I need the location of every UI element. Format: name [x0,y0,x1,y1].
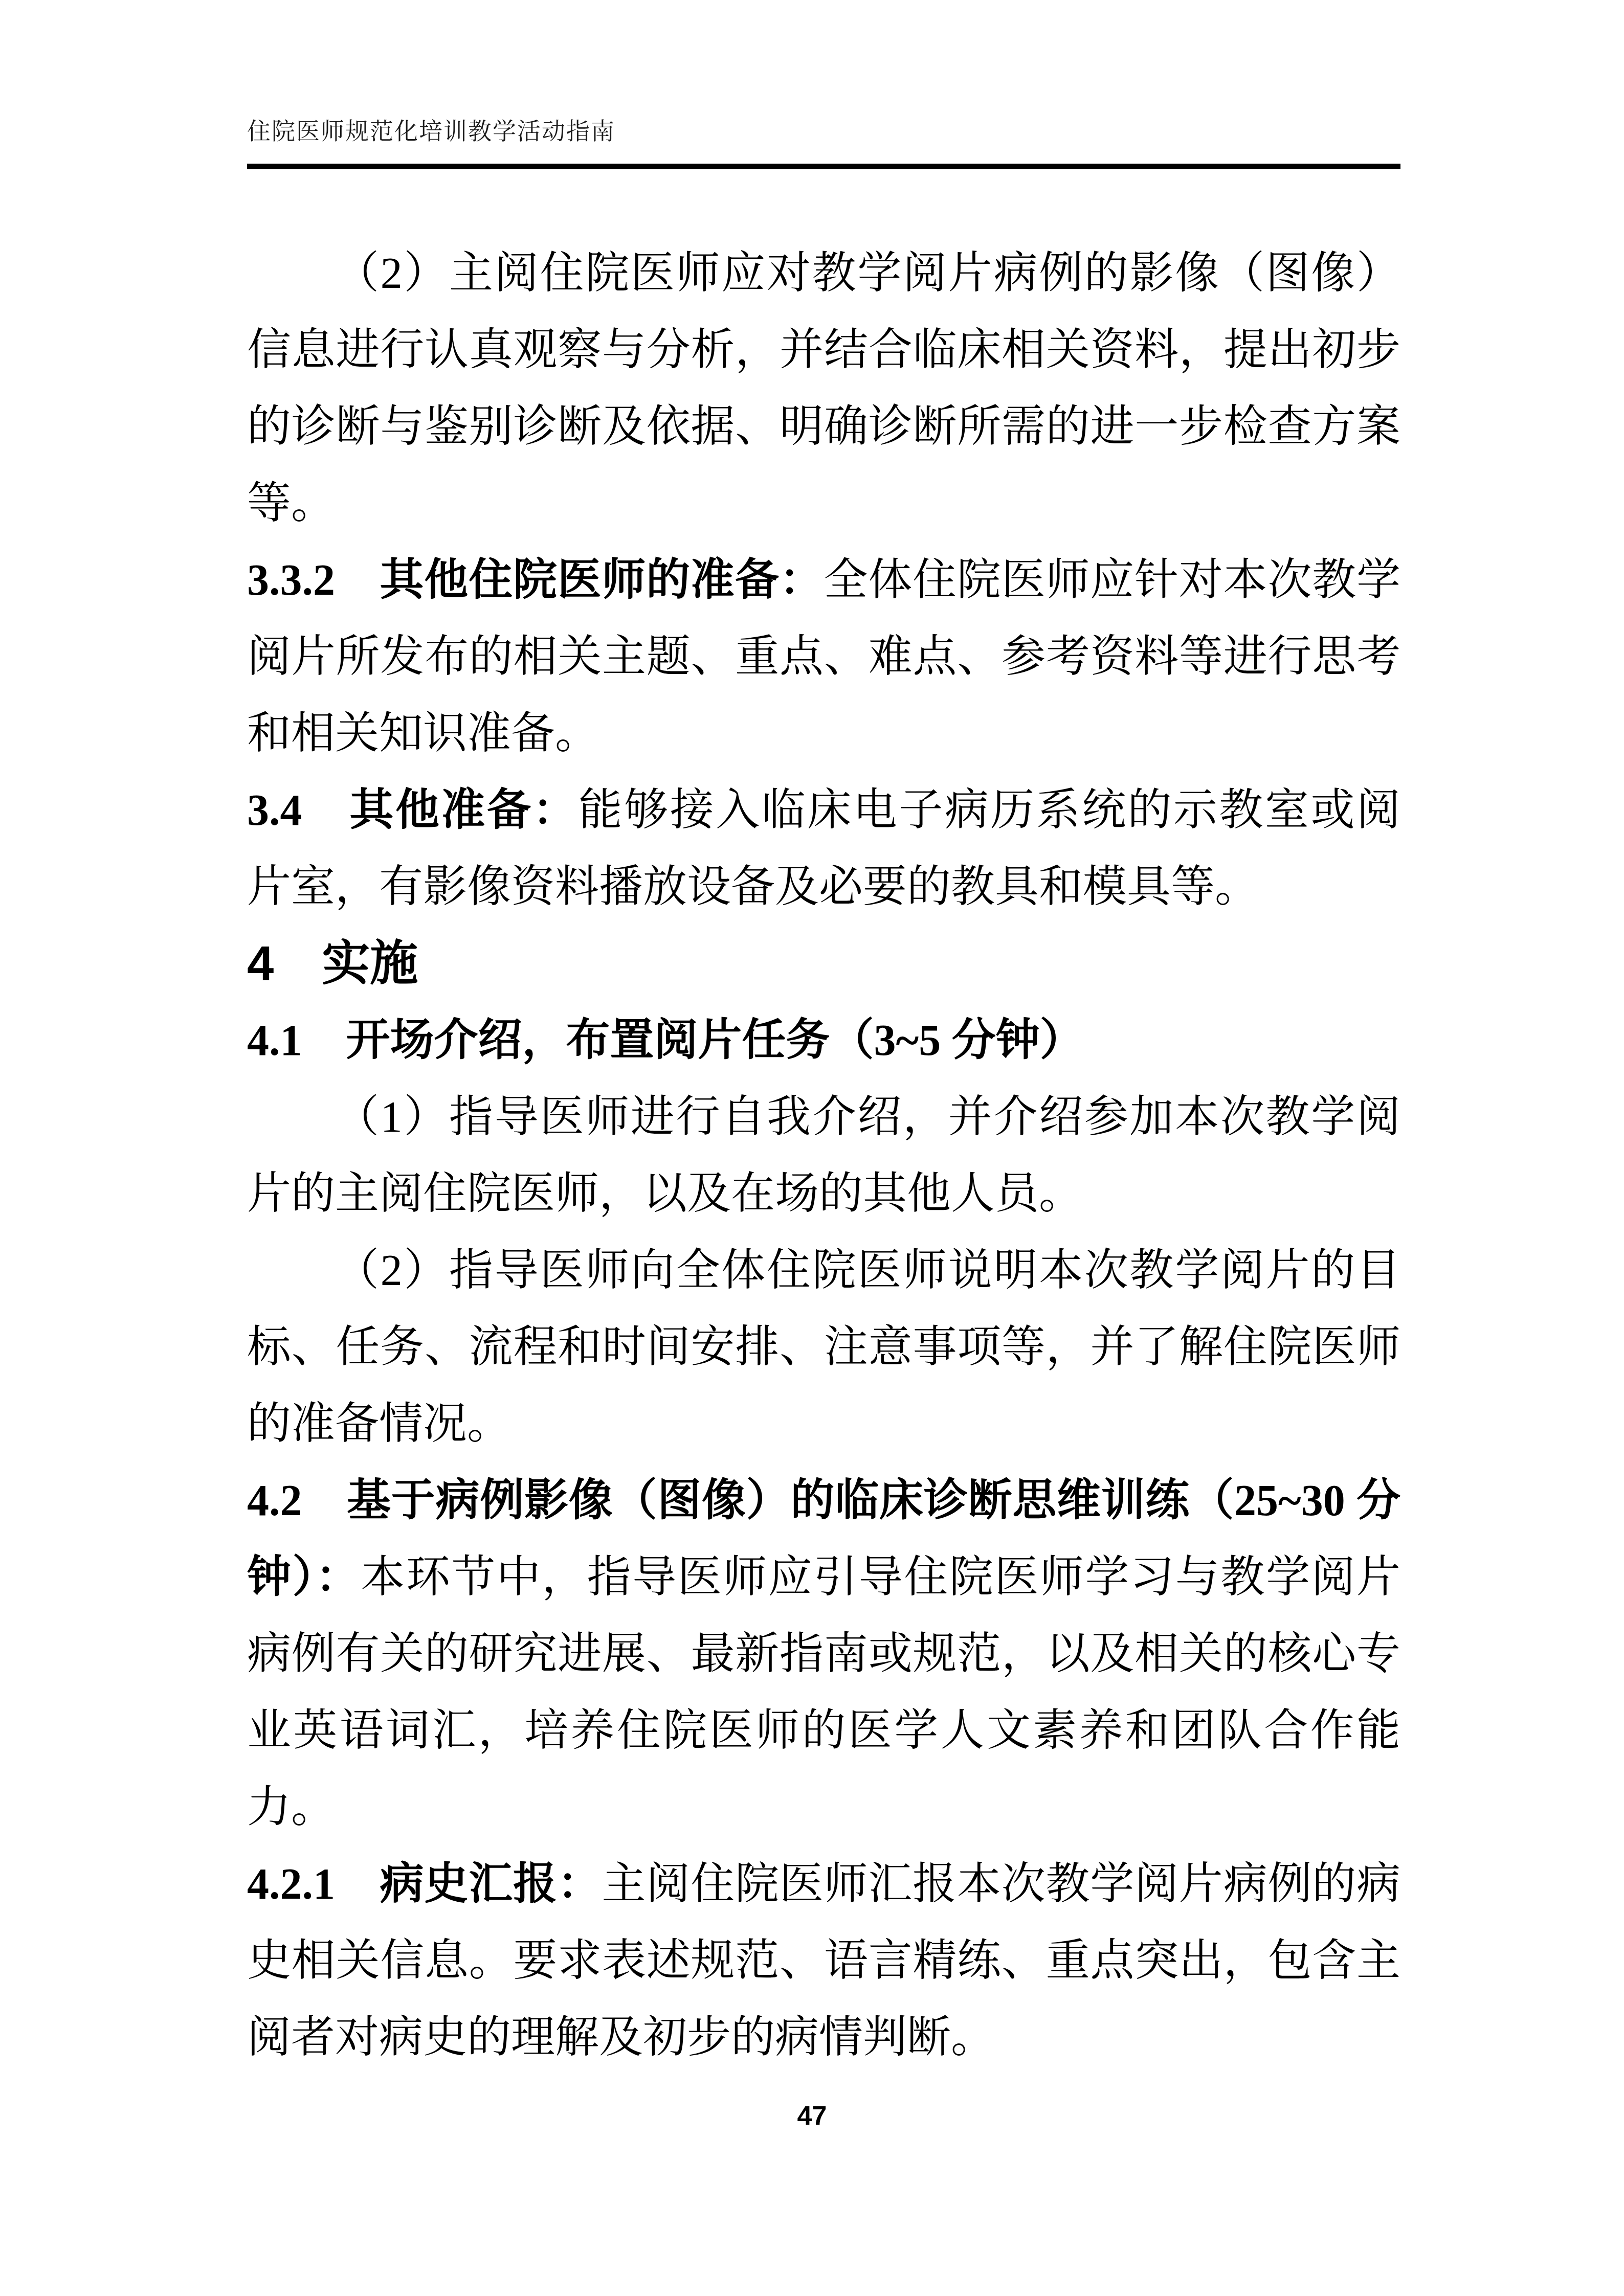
document-page: { "page": { "header": { "title": "住院医师规范… [0,0,1624,2296]
section-heading: 3.4 其他准备： [247,785,579,835]
section-3-4-other-preparation: 3.4 其他准备：能够接入临床电子病历系统的示教室或阅片室，有影像资料播放设备及… [247,772,1400,925]
heading-text: 4 实施 [247,936,418,990]
paragraph-text: （2）主阅住院医师应对教学阅片病例的影像（图像）信息进行认真观察与分析，并结合临… [247,249,1400,528]
document-body: （2）主阅住院医师应对教学阅片病例的影像（图像）信息进行认真观察与分析，并结合临… [247,235,1400,2076]
heading-4-implementation: 4 实施 [247,925,1400,1002]
section-3-3-2-other-residents-preparation: 3.3.2 其他住院医师的准备：全体住院医师应针对本次教学阅片所发布的相关主题、… [247,542,1400,772]
paragraph-item-2-instructor-explanation: （2）指导医师向全体住院医师说明本次教学阅片的目标、任务、流程和时间安排、注意事… [247,1232,1400,1462]
running-header: 住院医师规范化培训教学活动指南 [247,117,1400,146]
paragraph-item-1-instructor-introduction: （1）指导医师进行自我介绍，并介绍参加本次教学阅片的主阅住院医师，以及在场的其他… [247,1078,1400,1232]
paragraph-item-2-imaging-observation: （2）主阅住院医师应对教学阅片病例的影像（图像）信息进行认真观察与分析，并结合临… [247,235,1400,542]
section-text: 本环节中，指导医师应引导住院医师学习与教学阅片病例有关的研究进展、最新指南或规范… [247,1552,1400,1832]
header-rule [247,164,1400,169]
section-heading: 4.2.1 病史汇报： [247,1859,602,1908]
page-content: 住院医师规范化培训教学活动指南 （2）主阅住院医师应对教学阅片病例的影像（图像）… [247,117,1400,2076]
paragraph-text: （1）指导医师进行自我介绍，并介绍参加本次教学阅片的主阅住院医师，以及在场的其他… [247,1092,1400,1218]
section-4-2-1-history-report: 4.2.1 病史汇报：主阅住院医师汇报本次教学阅片病例的病史相关信息。要求表述规… [247,1845,1400,2076]
page-footer: 47 [0,2101,1624,2131]
heading-4-1-opening-introduction: 4.1 开场介绍，布置阅片任务（3~5 分钟） [247,1002,1400,1078]
section-4-2-clinical-diagnostic-thinking-training: 4.2 基于病例影像（图像）的临床诊断思维训练（25~30 分钟）：本环节中，指… [247,1462,1400,1845]
paragraph-text: （2）指导医师向全体住院医师说明本次教学阅片的目标、任务、流程和时间安排、注意事… [247,1246,1400,1448]
page-number: 47 [797,2101,827,2131]
running-header-title: 住院医师规范化培训教学活动指南 [247,118,615,144]
section-heading: 3.3.2 其他住院医师的准备： [247,555,824,604]
heading-text: 4.1 开场介绍，布置阅片任务（3~5 分钟） [247,1016,1084,1065]
